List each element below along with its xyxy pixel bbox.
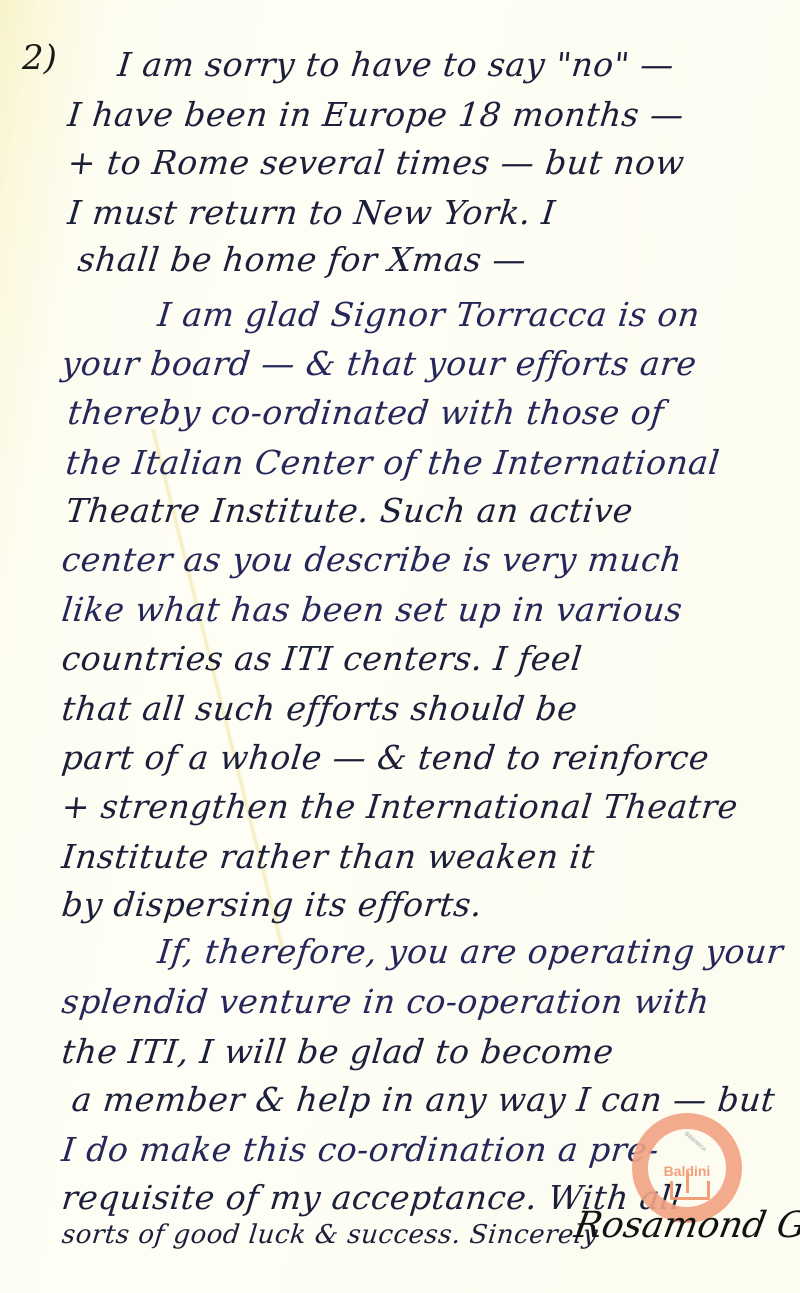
page-marker: 2) — [22, 38, 57, 78]
letter-line: countries as ITI centers. I feel — [60, 642, 584, 675]
stamp-small-text: Biblioteca — [680, 1129, 710, 1155]
letter-line: the Italian Center of the International — [64, 446, 721, 479]
letter-line: like what has been set up in various — [60, 593, 684, 626]
letter-line: I do make this co-ordination a pre- — [60, 1133, 660, 1166]
letter-line: shall be home for Xmas — — [76, 243, 528, 276]
letter-line: I am sorry to have to say "no" — — [116, 48, 675, 81]
letter-line: Theatre Institute. Such an active — [64, 494, 634, 527]
letter-line: by dispersing its efforts. — [60, 888, 484, 921]
letter-line: splendid venture in co-operation with — [60, 985, 711, 1018]
letter-line: part of a whole — & tend to reinforce — [60, 741, 711, 774]
letter-line: center as you describe is very much — [60, 543, 684, 576]
letter-line: + to Rome several times — but now — [66, 146, 686, 179]
letter-line: a member & help in any way I can — but — [70, 1083, 776, 1116]
handwritten-letter: 2) I am sorry to have to say "no" — I ha… — [0, 0, 800, 1293]
letter-line: thereby co-ordinated with those of — [66, 396, 665, 429]
signature: Rosamond Gilder — [571, 1205, 800, 1246]
letter-line: I must return to New York. I — [66, 196, 557, 229]
letter-line: I am glad Signor Torracca is on — [156, 298, 701, 331]
letter-line: Institute rather than weaken it — [60, 840, 596, 873]
letter-line: the ITI, I will be glad to become — [60, 1035, 615, 1068]
letter-line: + strengthen the International Theatre — [60, 790, 739, 823]
letter-line: your board — & that your efforts are — [60, 347, 698, 380]
letter-line: I have been in Europe 18 months — — [66, 98, 685, 131]
open-book-icon — [670, 1181, 710, 1200]
letter-line: that all such efforts should be — [60, 692, 579, 725]
letter-line: sorts of good luck & success. Sincerely — [61, 1222, 600, 1248]
letter-line: If, therefore, you are operating your — [156, 935, 785, 968]
